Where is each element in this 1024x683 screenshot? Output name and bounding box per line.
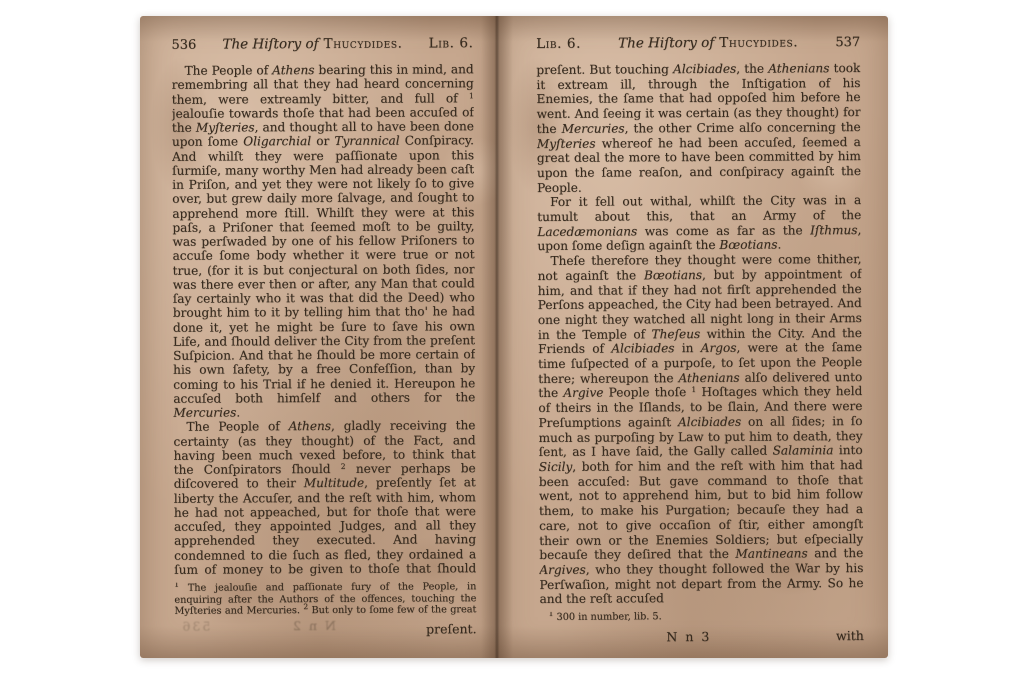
running-title-prefix: The Hiſtory of xyxy=(222,36,318,53)
page-left-footnote: 1 The jealouſie and paſſionate fury of t… xyxy=(174,581,476,618)
gathering-signature: N n 3 xyxy=(666,629,711,644)
page-left-content: 536 The Hiſtory ofThucydides. Lib. 6. Th… xyxy=(171,35,476,641)
running-title: The Hiſtory ofThucydides. xyxy=(581,34,835,52)
book-number-label: Lib. 6. xyxy=(429,35,474,51)
page-left-body: The People of Athens bearing this in min… xyxy=(172,62,477,578)
page-number: 536 xyxy=(171,38,196,53)
page-right-bottom-row: N n 3 with xyxy=(540,628,864,648)
book-scan: 536 The Hiſtory ofThucydides. Lib. 6. Th… xyxy=(0,0,1024,683)
body-paragraph: The People of Athens bearing this in min… xyxy=(172,62,476,420)
body-paragraph: Theſe therefore they thought were come t… xyxy=(537,252,863,607)
page-right: Lib. 6. The Hiſtory ofThucydides. 537 pr… xyxy=(497,16,888,658)
running-title-prefix: The Hiſtory of xyxy=(618,35,714,52)
showthrough-signature: N n 2 xyxy=(291,618,336,633)
catchword: preſent. xyxy=(426,621,477,636)
body-paragraph: preſent. But touching Alcibiades, the At… xyxy=(536,61,861,195)
catchword: with xyxy=(836,628,864,643)
page-left-header: 536 The Hiſtory ofThucydides. Lib. 6. xyxy=(171,35,473,56)
page-right-header: Lib. 6. The Hiſtory ofThucydides. 537 xyxy=(536,34,860,55)
body-paragraph: The People of Athens, gladly receiving t… xyxy=(173,418,476,577)
page-right-content: Lib. 6. The Hiſtory ofThucydides. 537 pr… xyxy=(536,34,864,648)
page-right-footnote: 1 300 in number, lib. 5. xyxy=(540,610,864,625)
page-right-body: preſent. But touching Alcibiades, the At… xyxy=(536,61,863,609)
page-left-bottom-row: N n 2 536 preſent. xyxy=(174,621,476,641)
running-title: The Hiſtory ofThucydides. xyxy=(196,35,428,52)
page-number: 537 xyxy=(835,35,860,50)
open-book: 536 The Hiſtory ofThucydides. Lib. 6. Th… xyxy=(140,16,888,658)
body-paragraph: For it fell out withal, whilſt the City … xyxy=(537,193,861,254)
running-title-name: Thucydides. xyxy=(324,36,403,52)
running-title-name: Thucydides. xyxy=(719,34,798,50)
book-number-label: Lib. 6. xyxy=(536,36,581,52)
showthrough-page-number: 536 xyxy=(181,619,211,634)
page-left: 536 The Hiſtory ofThucydides. Lib. 6. Th… xyxy=(140,16,497,658)
